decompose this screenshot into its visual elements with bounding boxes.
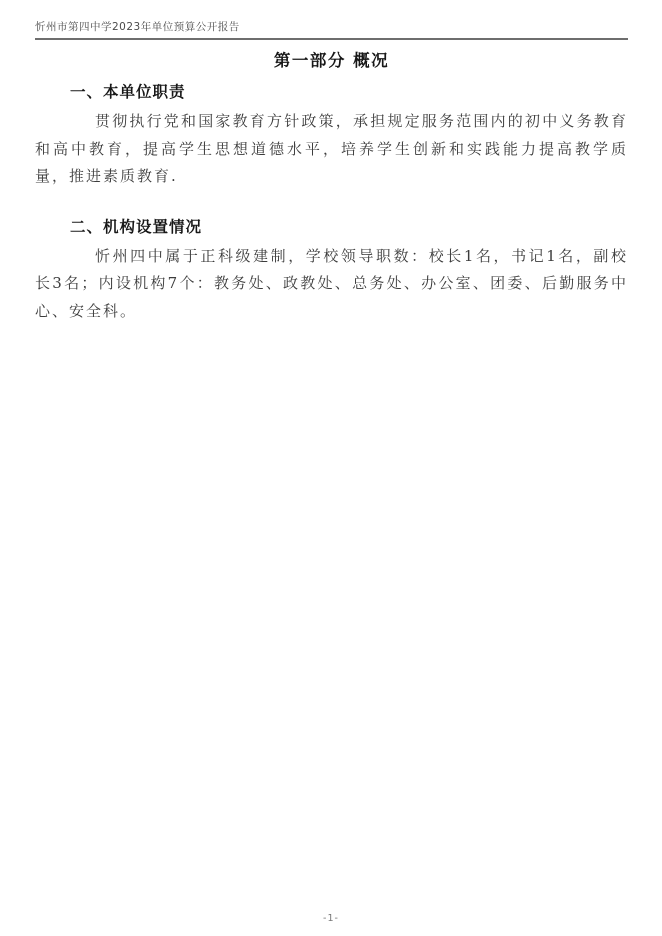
header-running-title: 忻州市第四中学2023年单位预算公开报告 bbox=[35, 21, 240, 33]
section-heading-organization-setup: 二、机构设置情况 bbox=[35, 217, 628, 238]
document-body: 第一部分 概况 一、本单位职责 贯彻执行党和国家教育方针政策，承担规定服务范围内… bbox=[35, 33, 628, 325]
document-page: 忻州市第四中学2023年单位预算公开报告 第一部分 概况 一、本单位职责 贯彻执… bbox=[0, 0, 662, 936]
paragraph-organization-setup: 忻州四中属于正科级建制，学校领导职数：校长1名，书记1名，副校长3名；内设机构7… bbox=[35, 243, 628, 326]
page-number: -1- bbox=[323, 913, 339, 924]
document-title: 第一部分 概况 bbox=[35, 50, 628, 71]
section-heading-unit-duties: 一、本单位职责 bbox=[35, 82, 628, 103]
paragraph-unit-duties: 贯彻执行党和国家教育方针政策，承担规定服务范围内的初中义务教育和高中教育，提高学… bbox=[35, 108, 628, 191]
page-footer: -1- bbox=[0, 906, 662, 925]
